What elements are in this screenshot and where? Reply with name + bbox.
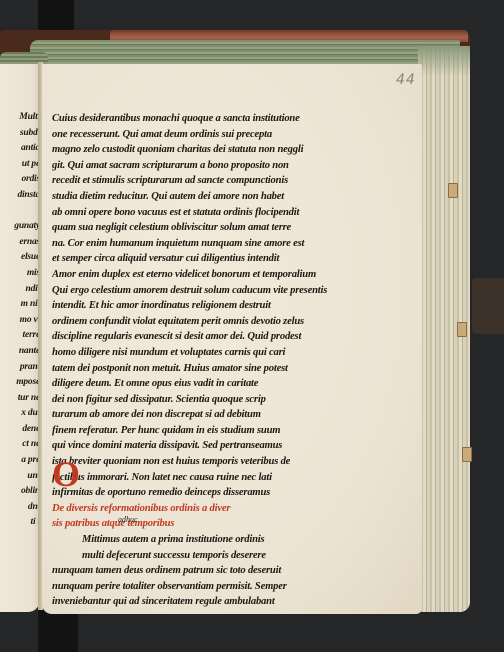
left-fragment: a pre (0, 453, 40, 469)
left-fragment: ti t (0, 515, 40, 531)
left-fragment: prant (0, 360, 40, 376)
text-line: quam sua negligit celestium obliviscitur… (52, 220, 342, 236)
left-fragment: ndit (0, 282, 40, 298)
text-line: Qui ergo celestium amorem destruit solum… (52, 283, 342, 299)
decorated-initial: O (52, 456, 80, 492)
left-fragment: terre (0, 328, 40, 344)
text-line: intendit. Et hic amor inordinatus religi… (52, 298, 342, 314)
left-fragment: dene (0, 422, 40, 438)
text-line: studia dietim reducitur. Qui autem dei a… (52, 189, 342, 205)
fore-edge-green-tint (418, 46, 470, 76)
text-line: fectibus immorari. Non latet nec causa r… (52, 470, 342, 486)
text-line: ordinem confundit violat equitatem perit… (52, 314, 342, 330)
left-fragment: antia (0, 141, 40, 157)
rubric-heading: sis patribus atque temporibus (52, 516, 342, 532)
main-text-block: Cuius desiderantibus monachi quoque a sa… (52, 111, 342, 610)
text-line: qui vince domini materia dissipavit. Sed… (52, 438, 342, 454)
left-fragment: dnt (0, 500, 40, 516)
section-text-line: nunquam perire totaliter observantiam pe… (52, 579, 342, 595)
text-line: recedit et stimulis scripturarum ad sanc… (52, 173, 342, 189)
text-line: ista breviter quoniam non est huius temp… (52, 454, 342, 470)
left-fragment: subdi (0, 126, 40, 142)
text-line: tatem dei postponit non metuit. Huius am… (52, 361, 342, 377)
text-line: magno zelo custodit quoniam charitas dei… (52, 142, 342, 158)
left-fragment: ct ne (0, 437, 40, 453)
text-line: homo diligere nisi mundum et voluptates … (52, 345, 342, 361)
section-text-line: multi defecerunt successu temporis deser… (52, 548, 342, 564)
page-tab-marker (462, 447, 472, 462)
text-line: infirmitas de oportuno remedio deinceps … (52, 485, 342, 501)
left-fragment: gunaty (0, 219, 40, 235)
page-tab-marker (457, 322, 467, 337)
text-line: one recesserunt. Qui amat deum ordinis s… (52, 127, 342, 143)
left-fragment: m nil (0, 297, 40, 313)
left-fragment: mpose (0, 375, 40, 391)
book-clasp (472, 278, 504, 334)
left-fragment: ordis (0, 172, 40, 188)
catchword: adhuc (118, 515, 138, 524)
left-fragment: ut pe (0, 157, 40, 173)
left-fragment: nante (0, 344, 40, 360)
text-line: ab omni opere bono vacuus est et statuta… (52, 205, 342, 221)
folio-number: 44 (396, 72, 416, 88)
text-line: discipline regularis evanescit si desit … (52, 329, 342, 345)
left-fragment: elsue (0, 250, 40, 266)
left-fragment (0, 204, 40, 220)
section-text-line: nunquam tamen deus ordinem patrum sic to… (52, 563, 342, 579)
text-line: et semper circa aliquid versatur cui dil… (52, 251, 342, 267)
left-fragment: mis (0, 266, 40, 282)
text-line: finem referatur. Per hunc quidam in eis … (52, 423, 342, 439)
text-line: git. Qui amat sacram scripturarum a bono… (52, 158, 342, 174)
text-line: Amor enim duplex est eterno videlicet bo… (52, 267, 342, 283)
left-fragment: Multi (0, 110, 40, 126)
left-fragment: x dui (0, 406, 40, 422)
left-fragment: dinsta (0, 188, 40, 204)
section-text-line: Mittimus autem a prima institutione ordi… (52, 532, 342, 548)
text-line: turarum ab amore dei non discrepat si ad… (52, 407, 342, 423)
left-fragment: unt (0, 469, 40, 485)
left-fragment: oblin (0, 484, 40, 500)
left-fragment: mo vi (0, 313, 40, 329)
left-fragment: tur ne (0, 391, 40, 407)
text-line: dei non figitur sed dissipatur. Scientia… (52, 392, 342, 408)
text-line: diligere deum. Et omne opus eius vadit i… (52, 376, 342, 392)
text-line: na. Cor enim humanum inquietum nunquam s… (52, 236, 342, 252)
left-page-text: Multi subdi antia ut pe ordis dinsta gun… (0, 110, 40, 531)
section-text-line: inveniebantur qui ad sinceritatem regule… (52, 594, 342, 610)
rubric-heading: De diversis reformationibus ordinis a di… (52, 501, 342, 517)
text-line: Cuius desiderantibus monachi quoque a sa… (52, 111, 342, 127)
left-fragment: ernas (0, 235, 40, 251)
page-tab-marker (448, 183, 458, 198)
